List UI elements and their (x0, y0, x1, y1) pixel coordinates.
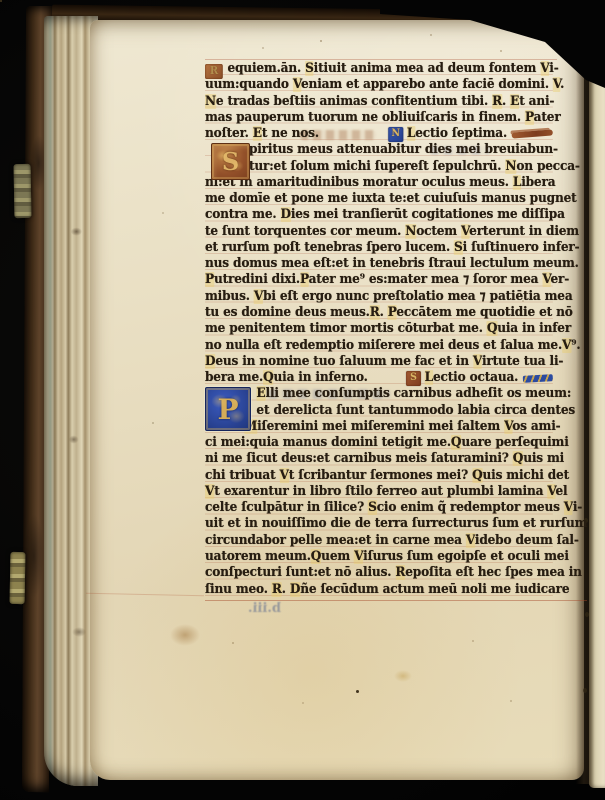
text-line: bera me.Quia in inferno.SLectio octaua. (205, 370, 553, 386)
lectio-label: Lectio octaua. (425, 370, 519, 386)
text-line: tu es domine deus meus.R. Peccātem me qu… (205, 305, 553, 321)
text-line: Requiem.ān. Sitiuit anima mea ad deum fo… (205, 61, 553, 77)
illuminated-initial-p: P (205, 387, 251, 431)
text-line: meos.Miſeremini mei miſeremini mei ſalte… (205, 419, 553, 435)
line-filler-red (512, 130, 553, 139)
text-line: Elli mee conſumptis carnibus adheſit os … (205, 386, 553, 402)
text-line: tur:et ſolum michi ſupereſt ſepulchrū. N… (205, 159, 553, 175)
lectio-label: Lectio ſeptima. (407, 126, 507, 142)
washed-capital: Q (472, 468, 482, 483)
line-filler-blue (523, 374, 553, 383)
text-line: uum:quando Veniam et apparebo ante faciē… (205, 77, 553, 93)
text-block: Requiem.ān. Sitiuit anima mea ad deum fo… (205, 61, 553, 601)
text-line: Deus in nomine tuo ſaluum me fac et in V… (205, 354, 553, 370)
washed-capital: V (280, 468, 289, 483)
brass-clasp-bottom (10, 552, 26, 604)
washed-capital: Q (487, 321, 497, 336)
washed-capital: V (293, 77, 301, 92)
washed-capital: V (504, 419, 512, 434)
text-line: nus domus mea eſt:et in tenebris ſtraui … (205, 256, 553, 272)
washed-capital: S (368, 500, 377, 515)
bleed-through-signature-mark: b.iii. (248, 601, 281, 616)
gutter-speck (583, 688, 587, 693)
washed-capital: E (256, 386, 265, 401)
washed-capital: D (280, 207, 290, 222)
text-line: no nulla eſt redemptio miſerere mei deus… (205, 338, 553, 354)
text-line: ci mei:quia manus domini tetigit me.Quar… (205, 435, 553, 451)
text-line: Putredini dixi.Pater me⁹ es:mater mea ⁊ … (205, 272, 553, 288)
gutter-speck (585, 612, 589, 617)
washed-capital: V (553, 77, 560, 92)
text-line: ni me ſicut deus:et carnibus meis ſatura… (205, 451, 553, 467)
text-line: celte ſculpātur in ſilice? Scio enim q̃ … (205, 500, 553, 516)
text-line: et rurſum poſt tenebras ſpero lucem. Si … (205, 240, 553, 256)
text-line: noſter. Et ne nos.NLectio ſeptima. (205, 126, 553, 142)
text-line: te ſunt torquentes cor meum. Noctem Vert… (205, 224, 553, 240)
washed-capital: V (542, 272, 550, 287)
text-line: conſpecturi ſunt:et nō alius. Repoſita e… (205, 565, 553, 581)
stain (170, 624, 200, 646)
washed-capital: V (473, 354, 482, 369)
text-line: Ne tradas beſtiis animas confitentium ti… (205, 94, 553, 110)
text-line: et derelicta ſunt tantummodo labia circa… (205, 403, 553, 419)
washed-capital: Q (311, 549, 321, 564)
text-line: me domīe et pone me iuxta te:et cuiuſuis… (205, 191, 553, 207)
brass-clasp-top (14, 164, 32, 218)
foxing-specks (0, 0, 2, 2)
text-line: mibus. Vbi eſt ergo nunc preſtolatio mea… (205, 289, 553, 305)
stain (394, 670, 412, 682)
next-page-sliver (589, 74, 605, 788)
text-line: ni:et in amaritudinibus moratur oculus m… (205, 175, 553, 191)
washed-capital: R (492, 94, 502, 109)
washed-capital: L (513, 175, 521, 190)
text-line: mas pauperum tuorum ne obliuiſcaris in f… (205, 110, 553, 126)
washed-capital: N (505, 159, 516, 174)
text-line: contra me. Dies mei tranſierūt cogitatio… (205, 207, 553, 223)
washed-capital: P (300, 272, 309, 287)
washed-capital: V (547, 484, 555, 499)
text-line: uatorem meum.Quem Viſurus ſum egoipſe et… (205, 549, 553, 565)
text-line: me penitentem timor mortis cōturbat me. … (205, 321, 553, 337)
gutter-shadow (576, 24, 590, 784)
text-line: ſinu meo. R. Dñe ſecūdum actum meū noli … (205, 582, 553, 598)
washed-capital: R (370, 305, 380, 320)
washed-capital: V (564, 500, 573, 515)
washed-capital: V (354, 549, 363, 564)
washed-capital: P (388, 305, 397, 320)
small-illuminated-initial: N (388, 127, 403, 142)
washed-capital: Q (451, 435, 461, 450)
text-line: piritus meus attenuabitur dies mei breui… (205, 142, 553, 158)
washed-capital: N (405, 224, 416, 239)
manuscript-photo: b.iii. Requiem.ān. Sitiuit anima mea ad … (0, 0, 605, 800)
text-line: circundabor pelle mea:et in carne mea Vi… (205, 533, 553, 549)
ruling-line (205, 59, 557, 60)
washed-capital: D (205, 354, 215, 369)
text-line: uit et in nouiſſimo die de terra ſurrect… (205, 516, 553, 532)
washed-capital: V (466, 533, 475, 548)
illuminated-initial-s: S (211, 143, 250, 180)
initial-letter: P (217, 393, 238, 426)
washed-capital: V (540, 61, 549, 76)
small-illuminated-initial: S (406, 371, 421, 386)
washed-capital: L (407, 126, 415, 141)
washed-capital: S (454, 240, 463, 255)
text-line: chi tribuat Vt ſcribantur ſermones mei? … (205, 468, 553, 484)
line-text: noſter. Et ne nos. (205, 126, 319, 142)
washed-capital: S (305, 61, 314, 76)
washed-capital: R (272, 582, 282, 597)
washed-capital: R (395, 565, 405, 580)
washed-capital: N (205, 94, 216, 109)
washed-capital: E (253, 126, 262, 141)
washed-capital: L (425, 370, 433, 385)
washed-capital: P (525, 110, 534, 125)
washed-capital: V (205, 484, 214, 499)
line-text: bera me.Quia in inferno. (205, 370, 368, 386)
initial-letter: S (222, 147, 239, 176)
washed-capital: E (510, 94, 519, 109)
washed-capital: Q (263, 370, 273, 385)
washed-capital: Q (513, 451, 523, 466)
washed-capital: D (290, 582, 300, 597)
text-line: Vt exarentur in libro ſtilo ferreo aut p… (205, 484, 553, 500)
ink-speck (356, 690, 359, 693)
washed-capital: V (254, 289, 263, 304)
washed-capital: V (461, 224, 469, 239)
washed-capital: V (562, 338, 571, 353)
washed-capital: P (205, 272, 214, 287)
